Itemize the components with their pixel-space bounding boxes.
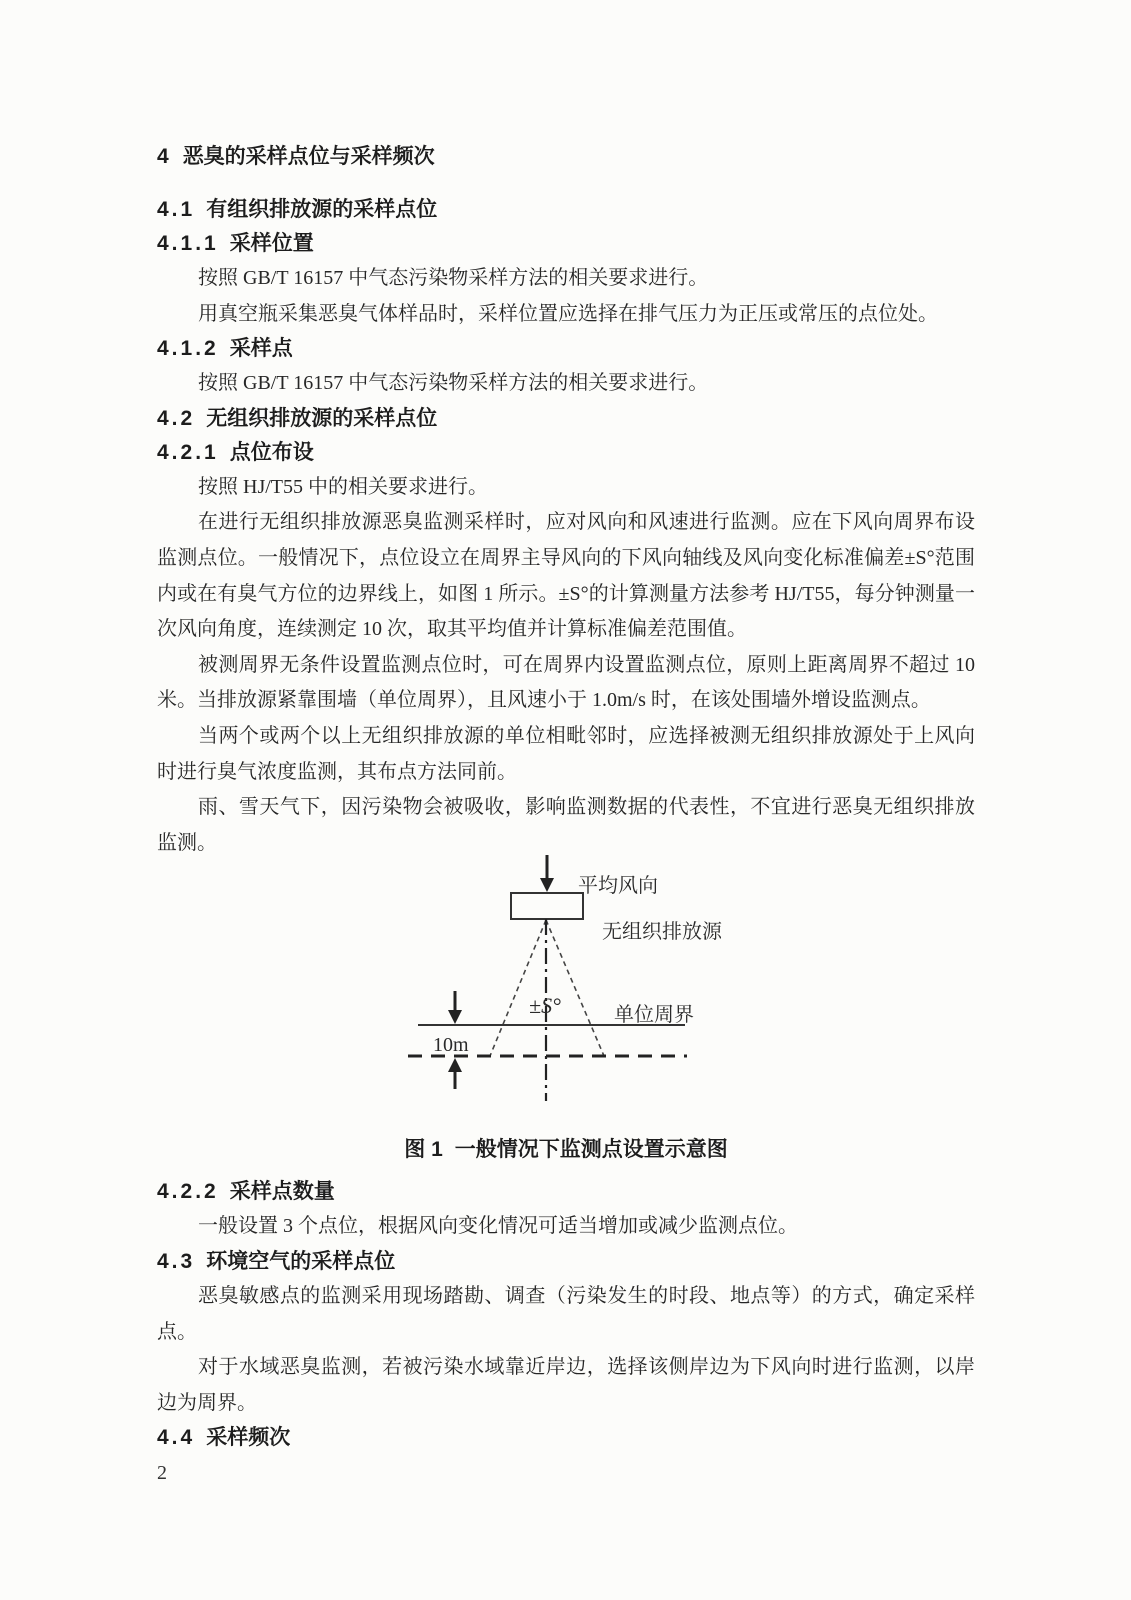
section-heading-4-2: 4.2无组织排放源的采样点位 <box>157 402 975 436</box>
heading-number: 4.2.1 <box>157 441 219 464</box>
heading-number: 4.3 <box>157 1250 195 1273</box>
heading-title: 采样点 <box>230 337 293 360</box>
paragraph: 按照 HJ/T55 中的相关要求进行。 <box>157 470 975 506</box>
sector-left-leg <box>490 920 546 1056</box>
heading-title: 点位布设 <box>230 441 314 464</box>
paragraph: 雨、雪天气下，因污染物会被吸收，影响监测数据的代表性，不宜进行恶臭无组织排放监测… <box>157 790 975 861</box>
heading-number: 4.1.2 <box>157 337 219 360</box>
emission-source-box <box>511 893 583 919</box>
section-heading-4-2-1: 4.2.1点位布设 <box>157 436 975 470</box>
monitoring-point-diagram: 平均风向 无组织排放源 ±S° 单位周界 10m <box>157 855 975 1105</box>
heading-title: 采样位置 <box>230 232 314 255</box>
document-page: 4恶臭的采样点位与采样频次 4.1有组织排放源的采样点位 4.1.1采样位置 按… <box>0 0 1131 1600</box>
section-heading-4-2-2: 4.2.2采样点数量 <box>157 1175 975 1209</box>
unit-boundary-label: 单位周界 <box>614 1003 694 1026</box>
distance-arrow-up-head-icon <box>448 1058 462 1072</box>
section-heading-4-1: 4.1有组织排放源的采样点位 <box>157 193 975 227</box>
section-heading-4: 4恶臭的采样点位与采样频次 <box>157 140 975 174</box>
heading-title: 恶臭的采样点位与采样频次 <box>183 145 435 168</box>
section-heading-4-1-2: 4.1.2采样点 <box>157 332 975 366</box>
paragraph: 恶臭敏感点的监测采用现场踏勘、调查（污染发生的时段、地点等）的方式，确定采样点。 <box>157 1279 975 1350</box>
distance-label: 10m <box>433 1034 469 1056</box>
figure-caption-prefix: 图 1 <box>404 1138 443 1161</box>
heading-title: 采样频次 <box>206 1426 290 1449</box>
heading-title: 无组织排放源的采样点位 <box>206 407 437 430</box>
heading-number: 4.1.1 <box>157 232 219 255</box>
heading-number: 4.2.2 <box>157 1180 219 1203</box>
heading-number: 4 <box>157 145 172 168</box>
figure-1-diagram: 平均风向 无组织排放源 ±S° 单位周界 10m <box>157 855 975 1105</box>
paragraph: 被测周界无条件设置监测点位时，可在周界内设置监测点位，原则上距离周界不超过 10… <box>157 648 975 719</box>
paragraph: 当两个或两个以上无组织排放源的单位相毗邻时，应选择被测无组织排放源处于上风向时进… <box>157 719 975 790</box>
heading-number: 4.2 <box>157 407 195 430</box>
heading-title: 采样点数量 <box>230 1180 335 1203</box>
paragraph: 按照 GB/T 16157 中气态污染物采样方法的相关要求进行。 <box>157 366 975 402</box>
paragraph: 一般设置 3 个点位，根据风向变化情况可适当增加或减少监测点位。 <box>157 1209 975 1245</box>
distance-arrow-down-head-icon <box>448 1010 462 1024</box>
source-label: 无组织排放源 <box>602 920 723 943</box>
page-content: 4恶臭的采样点位与采样频次 4.1有组织排放源的采样点位 4.1.1采样位置 按… <box>157 140 975 1455</box>
figure-caption-title: 一般情况下监测点设置示意图 <box>455 1138 728 1161</box>
paragraph: 用真空瓶采集恶臭气体样品时，采样位置应选择在排气压力为正压或常压的点位处。 <box>157 297 975 333</box>
section-heading-4-1-1: 4.1.1采样位置 <box>157 227 975 261</box>
paragraph: 对于水域恶臭监测，若被污染水域靠近岸边，选择该侧岸边为下风向时进行监测，以岸边为… <box>157 1350 975 1421</box>
heading-title: 环境空气的采样点位 <box>206 1250 395 1273</box>
sector-right-leg <box>546 920 604 1056</box>
page-number: 2 <box>157 1462 167 1485</box>
paragraph: 在进行无组织排放源恶臭监测采样时，应对风向和风速进行监测。应在下风向周界布设监测… <box>157 505 975 647</box>
heading-number: 4.4 <box>157 1426 195 1449</box>
wind-arrow-head-icon <box>540 878 554 892</box>
section-heading-4-3: 4.3环境空气的采样点位 <box>157 1245 975 1279</box>
paragraph: 按照 GB/T 16157 中气态污染物采样方法的相关要求进行。 <box>157 261 975 297</box>
section-heading-4-4: 4.4采样频次 <box>157 1421 975 1455</box>
heading-number: 4.1 <box>157 198 195 221</box>
figure-1-caption: 图 1一般情况下监测点设置示意图 <box>157 1135 975 1165</box>
wind-direction-label: 平均风向 <box>578 874 658 897</box>
heading-title: 有组织排放源的采样点位 <box>206 198 437 221</box>
angle-label: ±S° <box>529 993 561 1018</box>
